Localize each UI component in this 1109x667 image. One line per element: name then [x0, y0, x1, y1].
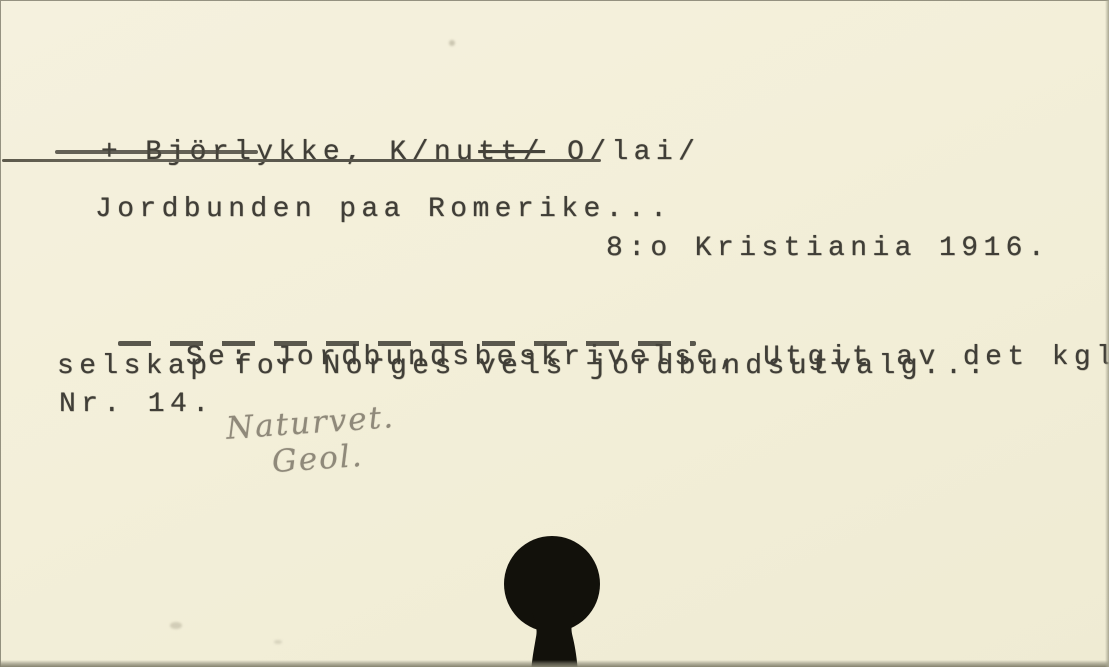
card-right-edge: [1105, 0, 1109, 667]
struck-text: tt/: [478, 137, 545, 168]
title-line: Jordbunden paa Romerike...: [95, 196, 672, 224]
reference-dashed-underline: [118, 341, 696, 346]
handwritten-subject-naturvet: Naturvet.: [225, 402, 396, 445]
heading-middle: , K/nu: [345, 137, 478, 168]
smudge-mark: [170, 622, 182, 629]
surname-underline: [55, 150, 258, 154]
smudge-mark: [274, 640, 282, 644]
imprint-line: 8:o Kristiania 1916.: [606, 235, 1050, 263]
keyhole-punch: [497, 527, 607, 667]
series-number-line: Nr. 14.: [59, 391, 214, 419]
smudge-mark: [449, 40, 455, 46]
heading-rule: [2, 159, 601, 162]
heading-suffix: O/lai/: [545, 137, 700, 168]
card-bottom-edge: [0, 660, 1109, 667]
catalog-card: + Björlykke, K/nutt/ O/lai/ Jordbunden p…: [0, 0, 1109, 667]
see-reference-line-2: selskap for Norges vels jordbundsutvalg.…: [57, 353, 990, 381]
handwritten-subject-geol: Geol.: [271, 441, 364, 478]
